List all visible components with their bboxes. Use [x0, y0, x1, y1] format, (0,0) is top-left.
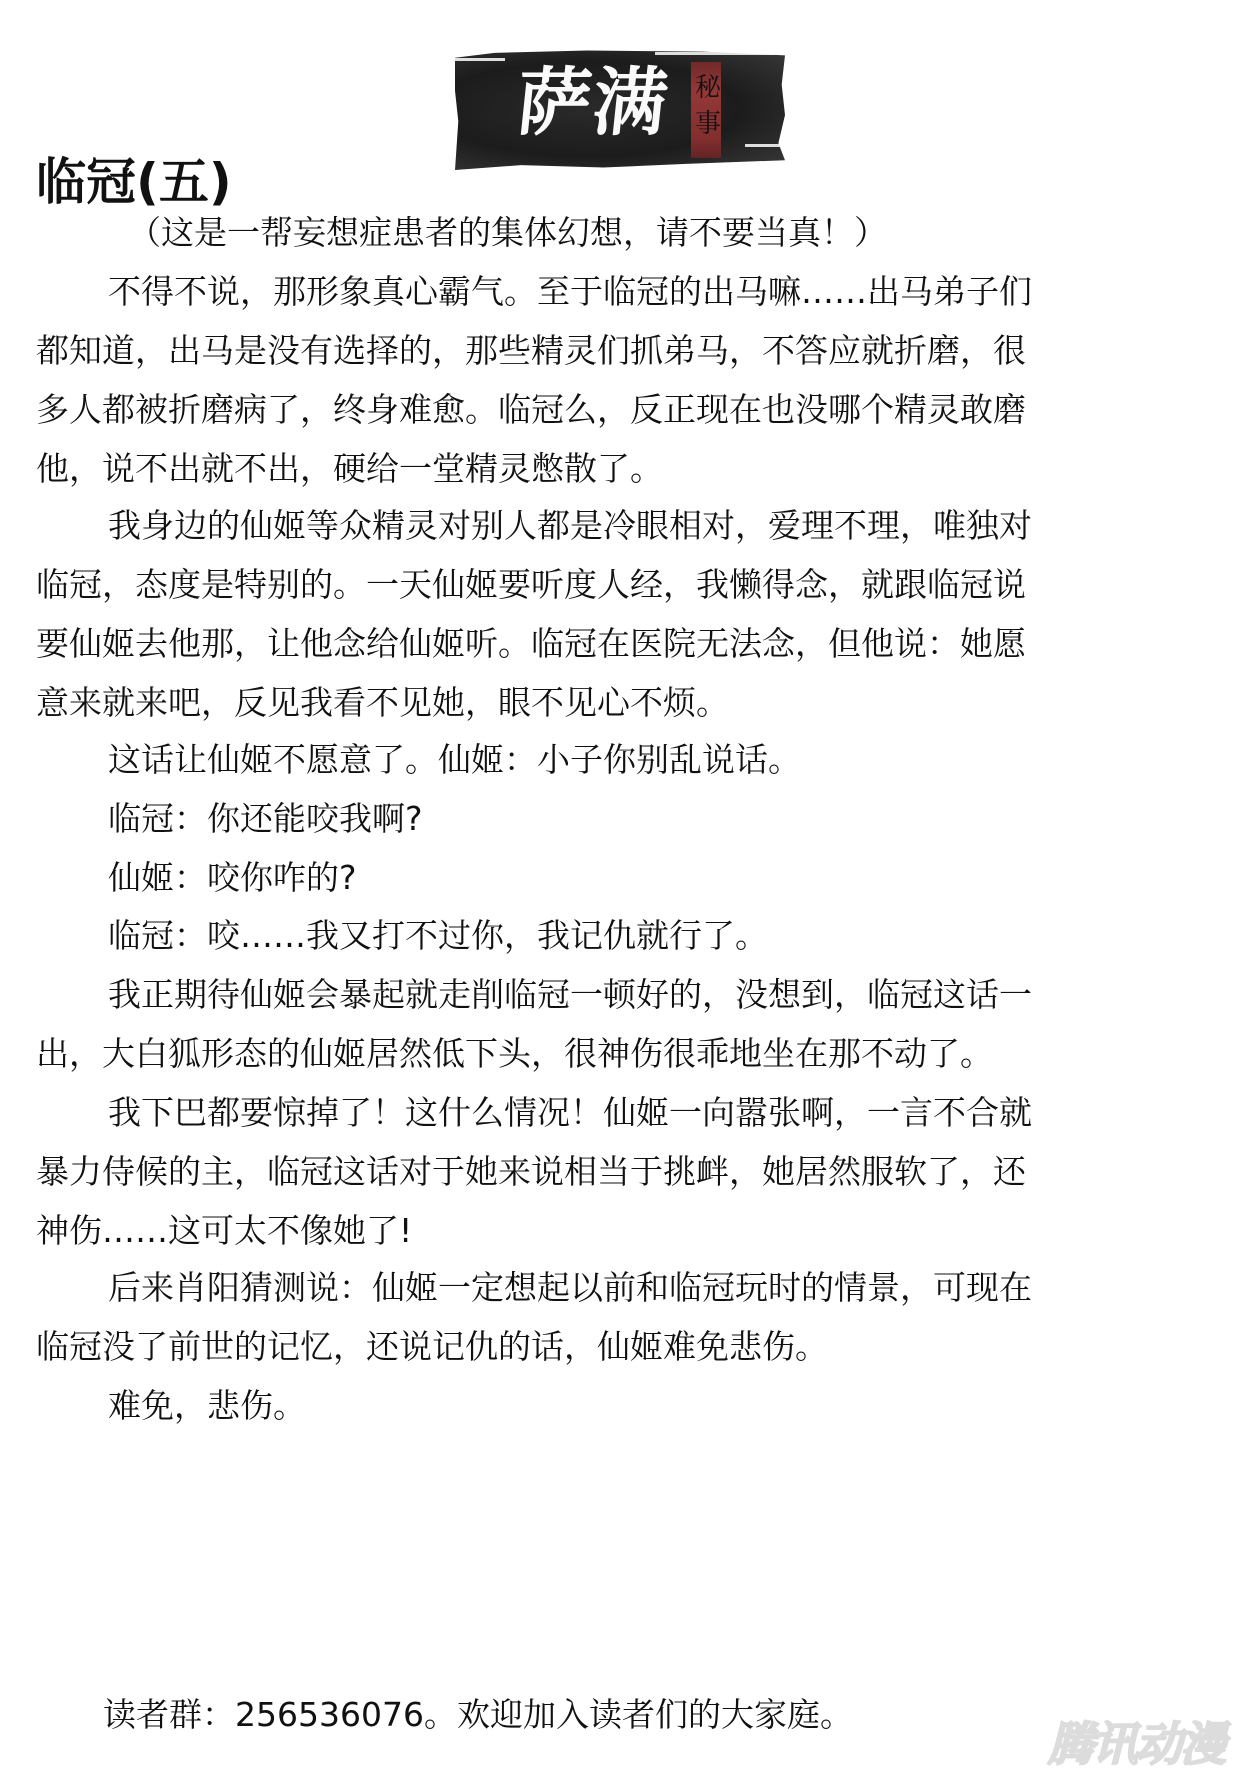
text-line: 多人都被折磨病了，终身难愈。临冠么，反正现在也没哪个精灵敢磨 [36, 380, 1236, 439]
seal-label: 秘事 [691, 70, 725, 142]
paragraph: 我身边的仙姬等众精灵对别人都是冷眼相对，爱理不理，唯独对 临冠，态度是特别的。一… [36, 496, 1236, 732]
text-line: 出，大白狐形态的仙姬居然低下头，很神伤很乖地坐在那不动了。 [36, 1024, 1236, 1083]
text-line: 临冠：咬……我又打不过你，我记仇就行了。 [36, 906, 1236, 965]
disclaimer-note: （这是一帮妄想症患者的集体幻想，请不要当真！） [128, 210, 887, 256]
text-line: 临冠，态度是特别的。一天仙姬要听度人经，我懒得念，就跟临冠说 [36, 555, 1236, 614]
paragraph: 我正期待仙姬会暴起就走削临冠一顿好的，没想到，临冠这话一 出，大白狐形态的仙姬居… [36, 965, 1236, 1083]
text-line: 临冠：你还能咬我啊? [36, 789, 1236, 848]
seal-text: 秘事 [691, 70, 725, 142]
text-line: 不得不说，那形象真心霸气。至于临冠的出马嘛……出马弟子们 [36, 262, 1236, 321]
text-line: 意来就来吧，反见我看不见她，眼不见心不烦。 [36, 673, 1236, 732]
chapter-title: 临冠(五) [36, 150, 232, 214]
text-line: 这话让仙姬不愿意了。仙姬：小子你别乱说话。 [36, 730, 1236, 789]
paragraph: 我下巴都要惊掉了！这什么情况！仙姬一向嚣张啊，一言不合就 暴力侍候的主，临冠这话… [36, 1083, 1236, 1260]
text-line: 我下巴都要惊掉了！这什么情况！仙姬一向嚣张啊，一言不合就 [36, 1083, 1236, 1142]
text-line: 仙姬：咬你咋的? [36, 848, 1236, 907]
paragraph: 难免，悲伤。 [36, 1376, 1236, 1435]
text-line: 我身边的仙姬等众精灵对别人都是冷眼相对，爱理不理，唯独对 [36, 496, 1236, 555]
brush-streak [745, 144, 789, 147]
text-line: 我正期待仙姬会暴起就走削临冠一顿好的，没想到，临冠这话一 [36, 965, 1236, 1024]
text-line: 后来肖阳猜测说：仙姬一定想起以前和临冠玩时的情景，可现在 [36, 1258, 1236, 1317]
text-line: 难免，悲伤。 [36, 1376, 1236, 1435]
paragraph: 后来肖阳猜测说：仙姬一定想起以前和临冠玩时的情景，可现在 临冠没了前世的记忆，还… [36, 1258, 1236, 1376]
series-logo-banner: 萨满 秘事 [455, 48, 785, 170]
dialogue-line: 临冠：你还能咬我啊? [36, 789, 1236, 848]
text-line: 他，说不出就不出，硬给一堂精灵憋散了。 [36, 439, 1236, 498]
text-line: 临冠没了前世的记忆，还说记仇的话，仙姬难免悲伤。 [36, 1317, 1236, 1376]
dialogue-line: 临冠：咬……我又打不过你，我记仇就行了。 [36, 906, 1236, 965]
text-line: 要仙姬去他那，让他念给仙姬听。临冠在医院无法念，但他说：她愿 [36, 614, 1236, 673]
text-line: 暴力侍候的主，临冠这话对于她来说相当于挑衅，她居然服软了，还 [36, 1142, 1236, 1201]
text-line: 神伤……这可太不像她了! [36, 1201, 1236, 1260]
brush-streak [445, 58, 505, 61]
paragraph: 这话让仙姬不愿意了。仙姬：小子你别乱说话。 [36, 730, 1236, 789]
reader-group-notice: 读者群：256536076。欢迎加入读者们的大家庭。 [103, 1692, 853, 1738]
dialogue-line: 仙姬：咬你咋的? [36, 848, 1236, 907]
series-logo-title: 萨满 [513, 66, 673, 140]
tencent-comics-watermark: 腾讯动漫 [1048, 1708, 1224, 1774]
text-line: 都知道，出马是没有选择的，那些精灵们抓弟马，不答应就折磨，很 [36, 321, 1236, 380]
brush-streak [655, 52, 775, 55]
paragraph: 不得不说，那形象真心霸气。至于临冠的出马嘛……出马弟子们 都知道，出马是没有选择… [36, 262, 1236, 498]
